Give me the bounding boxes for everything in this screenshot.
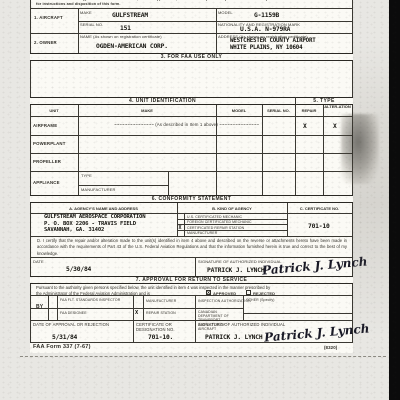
line [30, 257, 353, 258]
scan-smudge [341, 114, 379, 184]
appliance-row-label: APPLIANCE [33, 180, 60, 185]
scan-edge-strip [389, 0, 400, 400]
serial-label: SERIAL NO. [80, 22, 103, 27]
line [48, 295, 49, 320]
cell-faa-designee: FAA DESIGNEE [60, 311, 87, 315]
cell-other-specify: OTHER (Specify) [246, 298, 275, 302]
approval-header: 7. APPROVAL FOR RETURN TO SERVICE [30, 276, 353, 284]
aircraft-section-label: 1. AIRCRAFT [34, 15, 63, 20]
line [216, 105, 217, 195]
line [168, 171, 169, 195]
agency-name-col-header: A. AGENCY'S NAME AND ADDRESS [30, 206, 177, 211]
conformity-signature-typed: PATRICK J. LYNCH [207, 267, 264, 274]
form-number-footer: FAA Form 337 (7-67) [33, 344, 91, 350]
line [30, 320, 353, 321]
scanned-faa-form-337: INSTRUCTIONS: Print or type all entries.… [0, 0, 400, 400]
cell-faa-flt-standards-inspector: FAA FLT. STANDARDS INSPECTOR [60, 298, 128, 302]
rejected-checkbox [246, 290, 251, 295]
approval-signature-typed: PATRICK J. LYNCH [205, 334, 262, 341]
footer-code: (8320) [324, 345, 337, 350]
cell-manufacturer: MANUFACTURER [146, 299, 176, 303]
by-label: BY [36, 304, 43, 310]
owner-name-value: OGDEN-AMERICAN CORP. [96, 43, 168, 50]
propeller-row-label: PROPELLER [33, 159, 61, 164]
line [78, 8, 79, 53]
line [78, 185, 168, 186]
airframe-span-note: ~~~~~~~~~~~~~~~ (As described in Item 1 … [78, 122, 295, 127]
scan-shadow-wash [353, 40, 389, 340]
line [133, 295, 134, 320]
line [30, 295, 353, 296]
line [195, 320, 196, 342]
kind-of-agency-col-header: B. KIND OF AGENCY [177, 206, 287, 211]
approval-cert-value: 701-10. [148, 334, 173, 341]
appliance-type-label: TYPE [81, 173, 92, 178]
line [78, 105, 79, 195]
col-unit: UNIT [30, 108, 78, 113]
col-serial: SERIAL NO. [262, 108, 295, 113]
conformity-date-value: 5/30/84 [66, 266, 91, 273]
line [30, 342, 353, 343]
cell-canadian-dot-inspector: CANADIAN DEPARTMENT OF TRANSPORT INSPECT… [198, 310, 240, 332]
agency-name-line3: SAVANNAH, GA. 31402 [44, 227, 104, 233]
owner-name-label: NAME (As shown on registration certifica… [80, 34, 162, 39]
unit-identification-header: 4. UNIT IDENTIFICATION [30, 98, 295, 104]
make-label: MAKE [80, 10, 92, 15]
approval-cert-label: CERTIFICATE OR DESIGNATION NO. [136, 322, 191, 333]
conformity-header: 6. CONFORMITY STATEMENT [30, 195, 353, 203]
line [323, 105, 324, 195]
line [262, 105, 263, 195]
model-value: G-1159B [254, 12, 279, 19]
faa-use-only-header: 3. FOR FAA USE ONLY [30, 53, 353, 61]
line [57, 295, 58, 320]
approval-date-value: 5/31/84 [52, 334, 77, 341]
airframe-alteration-mark: X [333, 123, 337, 130]
instructions-line2: for instructions and disposition of this… [36, 2, 121, 6]
repair-station-option-mark: X [179, 225, 182, 231]
model-label: MODEL [218, 10, 233, 15]
agency-option-repair-station: CERTIFICATED REPAIR STATION [187, 226, 244, 230]
conformity-date-label: DATE [33, 259, 44, 264]
conformity-certification-statement: D. I certify that the repair and/or alte… [37, 238, 347, 257]
line [30, 236, 353, 237]
owner-address-line2: WHITE PLAINS, NY 10604 [230, 45, 302, 51]
line [133, 320, 134, 342]
line [30, 116, 353, 117]
col-model: MODEL [216, 108, 262, 113]
make-value: GULFSTREAM [112, 12, 148, 19]
line [30, 153, 353, 154]
approval-signature-label: SIGNATURE OF AUTHORIZED INDIVIDUAL [198, 322, 285, 327]
agency-name-line1: GULFSTREAM AEROSPACE CORPORATION [44, 214, 145, 220]
agency-option-manufacturer: MANUFACTURER [187, 231, 217, 235]
agency-option-foreign-mechanic: FOREIGN CERTIFICATED MECHANIC [187, 220, 252, 224]
powerplant-row-label: POWERPLANT [33, 141, 66, 146]
approval-date-label: DATE OF APPROVAL OR REJECTION [33, 322, 128, 327]
instructions-line1: INSTRUCTIONS: Print or type all entries.… [34, 0, 350, 1]
col-make: MAKE [78, 108, 216, 113]
appliance-manufacturer-label: MANUFACTURER [81, 187, 116, 192]
col-alteration: ALTER-ATION [323, 105, 352, 110]
line [30, 171, 353, 172]
serial-value: 151 [120, 25, 131, 32]
line [216, 8, 217, 53]
line [78, 21, 353, 22]
line [243, 313, 353, 314]
cell-repair-station: REPAIR STATION [146, 311, 176, 315]
line [30, 135, 353, 136]
repair-station-mark: X [135, 310, 138, 316]
unit-identification-header-bar: 4. UNIT IDENTIFICATION 5. TYPE [30, 97, 353, 105]
line [143, 295, 144, 320]
certificate-no-value: 701-10 [308, 223, 330, 230]
line [195, 257, 196, 276]
agency-option-us-mechanic: U.S. CERTIFICATED MECHANIC [187, 215, 242, 219]
col-repair: REPAIR [295, 108, 323, 113]
approved-checkbox: X [206, 290, 211, 295]
line [195, 295, 196, 320]
registration-value: U.S.A. N-979RA [240, 26, 290, 33]
certificate-no-col-header: C. CERTIFICATE NO. [287, 206, 352, 211]
cell-inspection-authorization: INSPECTION AUTHORIZATION [198, 299, 251, 303]
airframe-row-label: AIRFRAME [33, 123, 57, 128]
owner-address-line1: WESTCHESTER COUNTY AIRPORT [230, 38, 316, 44]
page-fold-line [20, 356, 386, 357]
owner-section-label: 2. OWNER [34, 40, 57, 45]
airframe-repair-mark: X [303, 123, 307, 130]
